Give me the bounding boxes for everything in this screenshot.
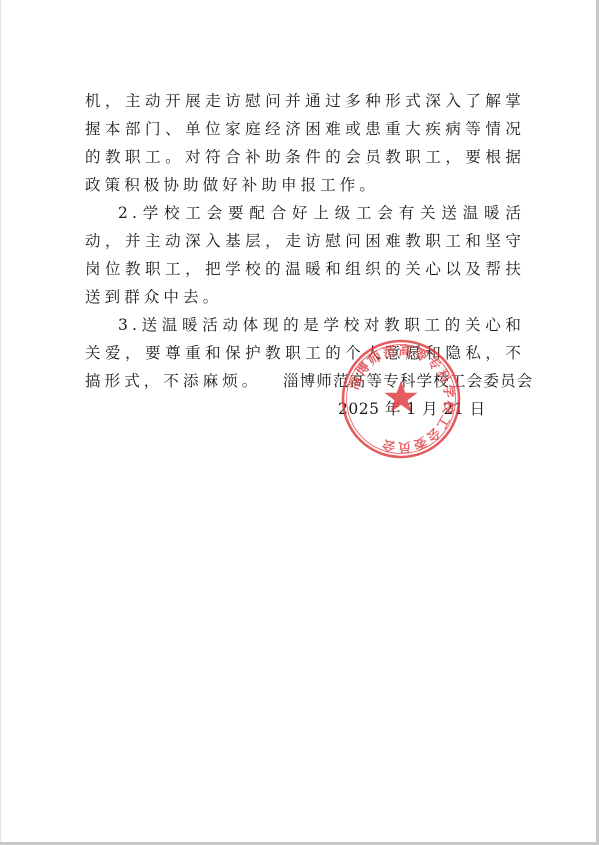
signature-block: 淄博师范高等专科学校工会委员会 2025 年 1 月 21 日 xyxy=(283,367,528,423)
signature-date: 2025 年 1 月 21 日 xyxy=(283,395,528,423)
document-page: 机，主动开展走访慰问并通过多种形式深入了解掌握本部门、单位家庭经济困难或患重大疾… xyxy=(0,0,596,842)
paragraph-2: 2.学校工会要配合好上级工会有关送温暖活动，并主动深入基层，走访慰问困难教职工和… xyxy=(85,199,525,311)
signature-organization: 淄博师范高等专科学校工会委员会 xyxy=(283,367,528,395)
document-body: 机，主动开展走访慰问并通过多种形式深入了解掌握本部门、单位家庭经济困难或患重大疾… xyxy=(85,87,525,395)
paragraph-1: 机，主动开展走访慰问并通过多种形式深入了解掌握本部门、单位家庭经济困难或患重大疾… xyxy=(85,87,525,199)
